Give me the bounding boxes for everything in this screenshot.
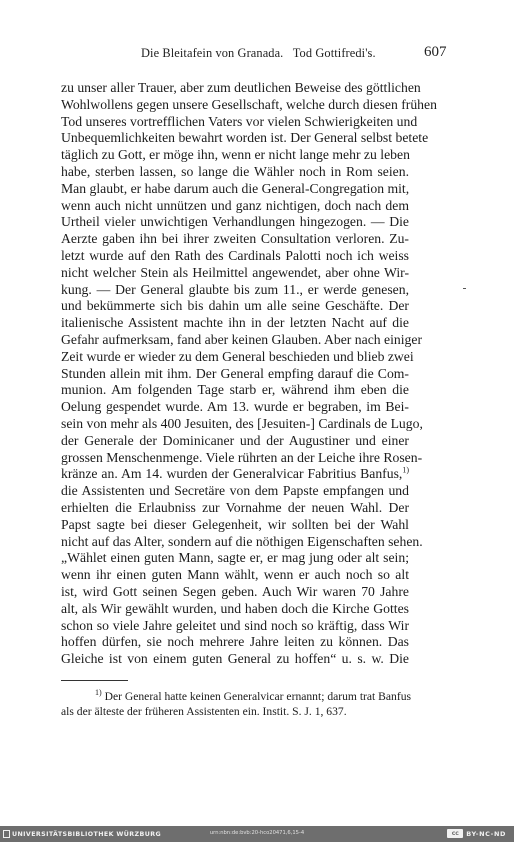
- text-line: grossen Menschenmenge. Viele rührten an …: [61, 450, 409, 467]
- text-line-content: kränze an. Am 14. wurden der Generalvica…: [61, 466, 402, 481]
- text-line: Tod unseres vortrefflichen Vaters vor vi…: [61, 114, 409, 131]
- creative-commons-icon: cc: [447, 829, 463, 838]
- text-line: Gleiche ist von einem guten General zu h…: [61, 651, 409, 668]
- text-line: Aerzte gaben ihn bei ihrer zweiten Consu…: [61, 231, 409, 248]
- text-line: wenn ihr einen guten Mann wählt, wenn er…: [61, 567, 409, 584]
- text-line: Zeit wurde er wieder zu dem General besc…: [61, 349, 409, 366]
- text-line: Papst sagte bei dieser Gelegenheit, wir …: [61, 517, 409, 534]
- text-line: schon so viele Jahre geleitet und sind n…: [61, 618, 409, 635]
- text-line: „Wählet einen guten Mann, sagte er, er m…: [61, 550, 409, 567]
- text-line: italienische Assistent machte ihn in der…: [61, 315, 409, 332]
- margin-mark: [463, 288, 466, 289]
- text-line: alt, als Wir gewählt wurden, und haben d…: [61, 601, 409, 618]
- footnote-line: 1) Der General hatte keinen Generalvicar…: [61, 689, 409, 704]
- text-line: hoffen dürfen, sie noch mehrere Jahre le…: [61, 634, 409, 651]
- text-line: munion. Am folgenden Tage starb er, währ…: [61, 382, 409, 399]
- text-line: letzt wurde auf den Rath des Cardinals P…: [61, 248, 409, 265]
- footnote-text: Der General hatte keinen Generalvicar er…: [105, 690, 411, 703]
- text-line: erhielten die Erlaubniss zur Vornahme de…: [61, 500, 409, 517]
- text-line: sein von mehr als 400 Jesuiten, des [Jes…: [61, 416, 409, 433]
- text-line: nicht auf das Alter, sondern auf die nöt…: [61, 534, 409, 551]
- text-line: kung. — Der General glaubte bis zum 11.,…: [61, 282, 409, 299]
- text-line-with-footnote-ref: kränze an. Am 14. wurden der Generalvica…: [61, 466, 409, 483]
- text-line: die Assistenten und Secretäre von dem Pa…: [61, 483, 409, 500]
- license-badge[interactable]: cc BY-NC-ND: [447, 829, 506, 838]
- urn-identifier: urn:nbn:de:bvb:20-hco20471,6,15-4: [0, 830, 514, 836]
- text-line: habe, sterben lassen, so lange die Wähle…: [61, 164, 409, 181]
- body-text: zu unser aller Trauer, aber zum deutlich…: [61, 80, 409, 668]
- footnote-divider: [61, 680, 128, 681]
- footnote-line: als der älteste der früheren Assistenten…: [61, 704, 409, 719]
- text-line: Oelung gespendet wurde. Am 13. wurde er …: [61, 399, 409, 416]
- text-line: Unbequemlichkeiten bewahrt worden ist. D…: [61, 130, 409, 147]
- text-line: nicht welcher Stein als Heilmittel angew…: [61, 265, 409, 282]
- text-line: Stunden allein mit ihm. Der General empf…: [61, 366, 409, 383]
- footer-bar: UNIVERSITÄTSBIBLIOTHEK WÜRZBURG urn:nbn:…: [0, 826, 514, 842]
- text-line: zu unser aller Trauer, aber zum deutlich…: [61, 80, 409, 97]
- text-line: Gefahr aufmerksam, fand aber keinen Glau…: [61, 332, 409, 349]
- text-line: Man glaubt, er habe darum auch die Gener…: [61, 181, 409, 198]
- text-line: täglich zu Gott, er möge ihn, wenn er ni…: [61, 147, 409, 164]
- running-title: Die Bleitafein von Granada. Tod Gottifre…: [141, 46, 376, 61]
- footnotes: 1) Der General hatte keinen Generalvicar…: [61, 689, 409, 719]
- running-head: Die Bleitafein von Granada. Tod Gottifre…: [0, 46, 514, 62]
- text-line: wenn auch nicht unnützen und ganz nichti…: [61, 198, 409, 215]
- text-line: Urtheil vieler unwichtigen Verhandlungen…: [61, 214, 409, 231]
- text-line: und bekümmerte sich bis dahin um alle se…: [61, 298, 409, 315]
- document-page: Die Bleitafein von Granada. Tod Gottifre…: [0, 0, 514, 826]
- footnote-reference: 1): [402, 466, 409, 475]
- footnote-marker: 1): [95, 688, 102, 697]
- text-line: der Generale der Dominicaner und der Aug…: [61, 433, 409, 450]
- text-line: Wohlwollens gegen unsere Gesellschaft, w…: [61, 97, 409, 114]
- page-number: 607: [424, 44, 447, 61]
- text-line: ist, wird Gott seinen Segen geben. Auch …: [61, 584, 409, 601]
- license-text: BY-NC-ND: [466, 830, 506, 838]
